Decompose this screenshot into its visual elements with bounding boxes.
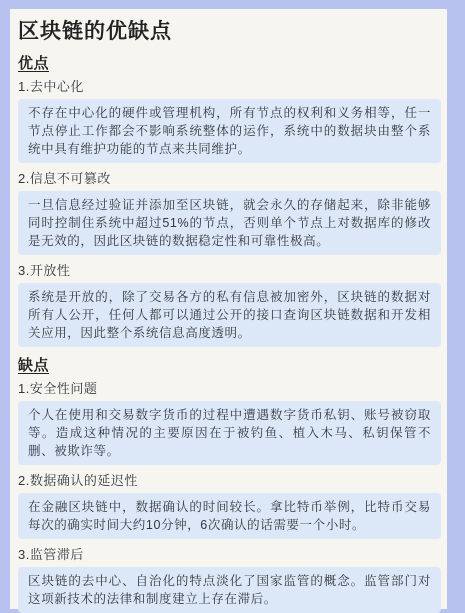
list-item: 3.监管滞后 区块链的去中心、自治化的特点淡化了国家监管的概念。监管部门对这项新… [18,547,441,600]
item-body-decentralization: 不存在中心化的硬件或管理机构，所有节点的权利和义务相等，任一节点停止工作都会不影… [18,99,441,163]
list-item: 2.数据确认的延迟性 在金融区块链中，数据确认的时间较长。拿比特币举例，比特币交… [18,473,441,539]
list-item: 1.安全性问题 个人在使用和交易数字货币的过程中遭遇数字货币私钥、账号被窃取等。… [18,381,441,465]
item-body-regulation-lag: 区块链的去中心、自治化的特点淡化了国家监管的概念。监管部门对这项新技术的法律和制… [18,567,441,600]
list-item: 3.开放性 系统是开放的，除了交易各方的私有信息被加密外，区块链的数据对所有人公… [18,263,441,347]
page-title: 区块链的优缺点 [18,19,441,45]
content-card: 区块链的优缺点 优点 1.去中心化 不存在中心化的硬件或管理机构，所有节点的权利… [10,9,447,600]
item-body-openness: 系统是开放的，除了交易各方的私有信息被加密外，区块链的数据对所有人公开，任何人都… [18,283,441,347]
section-heading-pros: 优点 [18,54,441,73]
item-label-confirmation-delay: 2.数据确认的延迟性 [18,473,441,488]
item-label-immutability: 2.信息不可篡改 [18,171,441,186]
item-label-openness: 3.开放性 [18,263,441,278]
section-heading-cons: 缺点 [18,356,441,375]
item-label-security: 1.安全性问题 [18,381,441,396]
section-pros: 优点 1.去中心化 不存在中心化的硬件或管理机构，所有节点的权利和义务相等，任一… [18,54,441,347]
item-body-confirmation-delay: 在金融区块链中，数据确认的时间较长。拿比特币举例，比特币交易每次的确实时间大约1… [18,493,441,539]
item-body-immutability: 一旦信息经过验证并添加至区块链，就会永久的存储起来，除非能够同时控制住系统中超过… [18,191,441,255]
list-item: 2.信息不可篡改 一旦信息经过验证并添加至区块链，就会永久的存储起来，除非能够同… [18,171,441,255]
item-label-regulation-lag: 3.监管滞后 [18,547,441,562]
item-body-security: 个人在使用和交易数字货币的过程中遭遇数字货币私钥、账号被窃取等。造成这种情况的主… [18,401,441,465]
list-item: 1.去中心化 不存在中心化的硬件或管理机构，所有节点的权利和义务相等，任一节点停… [18,79,441,163]
section-cons: 缺点 1.安全性问题 个人在使用和交易数字货币的过程中遭遇数字货币私钥、账号被窃… [18,356,441,600]
item-label-decentralization: 1.去中心化 [18,79,441,94]
